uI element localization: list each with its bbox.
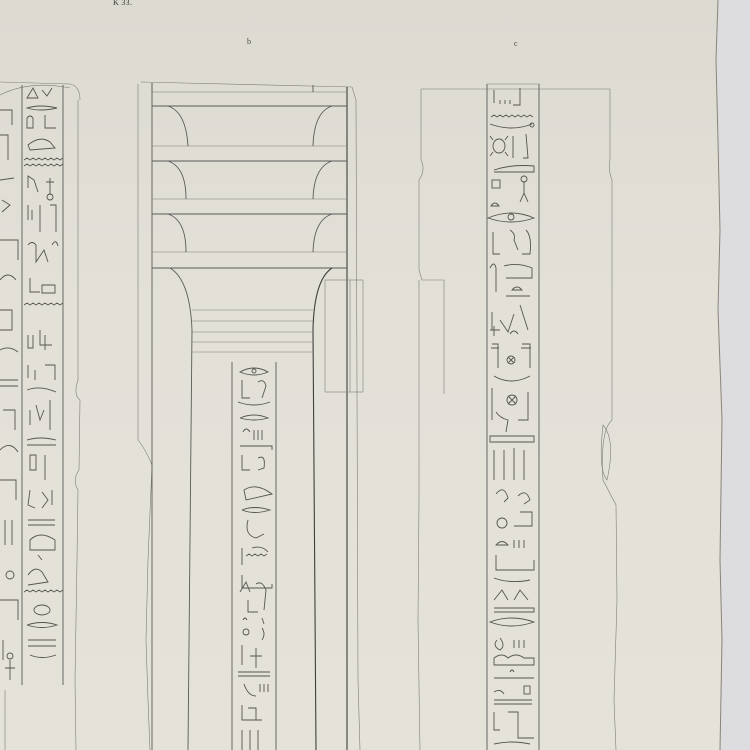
figure-a-column [0, 82, 80, 750]
figure-c-jamb [418, 84, 617, 750]
engraving-drawing [0, 0, 750, 750]
plate-scan: K 33. b c [0, 0, 750, 750]
figure-b-column [138, 82, 363, 750]
